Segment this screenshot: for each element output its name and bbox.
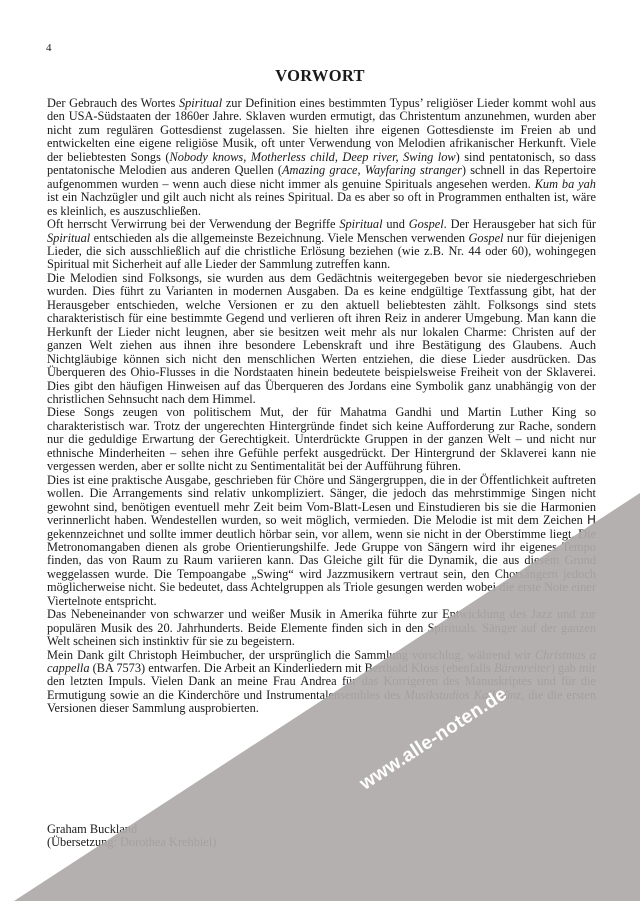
paragraph: Das Nebeneinander von schwarzer und weiß…	[47, 608, 596, 648]
text-run: (BA 7573) entwarfen. Die Arbeit an Kinde…	[90, 661, 495, 675]
page-number: 4	[46, 42, 52, 54]
text-run: Die Melodien sind Folksongs, sie wurden …	[47, 271, 596, 406]
italic-title-text: Gospel	[409, 217, 444, 231]
text-run: und	[383, 217, 409, 231]
foreword-body: Der Gebrauch des Wortes Spiritual zur De…	[47, 97, 596, 716]
italic-title-text: Spiritual	[47, 231, 90, 245]
paragraph: Der Gebrauch des Wortes Spiritual zur De…	[47, 97, 596, 218]
italic-title-text: Kum ba yah	[535, 177, 596, 191]
text-run: ist ein Nachzügler und gilt auch nicht a…	[47, 190, 596, 217]
italic-title-text: Spiritual	[339, 217, 382, 231]
melody-sign-symbol: H	[587, 513, 596, 527]
italic-title-text: Spiritual	[179, 96, 222, 110]
paragraph: Dies ist eine praktische Ausgabe, geschr…	[47, 474, 596, 609]
text-run: Oft herrscht Verwirrung bei der Verwendu…	[47, 217, 339, 231]
italic-title-text: Nobody knows, Motherless child, Deep riv…	[169, 150, 455, 164]
text-run: . Der Herausgeber hat sich für	[444, 217, 596, 231]
signature-block: Graham Buckland (Übersetzung: Dorothea K…	[47, 823, 216, 850]
paragraph: Mein Dank gilt Christoph Heimbucher, der…	[47, 649, 596, 716]
text-run: gekennzeichnet und sollte immer deutlich…	[47, 527, 596, 608]
italic-title-text: Bärenreiter	[494, 661, 551, 675]
text-run: Dies ist eine praktische Ausgabe, geschr…	[47, 473, 596, 527]
text-run: entschieden als die allgemeinste Bezeich…	[90, 231, 468, 245]
italic-title-text: Gospel	[469, 231, 504, 245]
author-name: Graham Buckland	[47, 823, 216, 836]
text-run: Diese Songs zeugen von politischem Mut, …	[47, 405, 596, 473]
text-run: Das Nebeneinander von schwarzer und weiß…	[47, 607, 596, 648]
page-title: VORWORT	[0, 66, 640, 86]
text-run: Mein Dank gilt Christoph Heimbucher, der…	[47, 648, 535, 662]
paragraph: Diese Songs zeugen von politischem Mut, …	[47, 406, 596, 473]
paragraph: Die Melodien sind Folksongs, sie wurden …	[47, 272, 596, 407]
italic-title-text: Amazing grace, Wayfaring stranger	[282, 163, 462, 177]
paragraph: Oft herrscht Verwirrung bei der Verwendu…	[47, 218, 596, 272]
translator-credit: (Übersetzung: Dorothea Krehbiel)	[47, 836, 216, 849]
text-run: Der Gebrauch des Wortes	[47, 96, 179, 110]
